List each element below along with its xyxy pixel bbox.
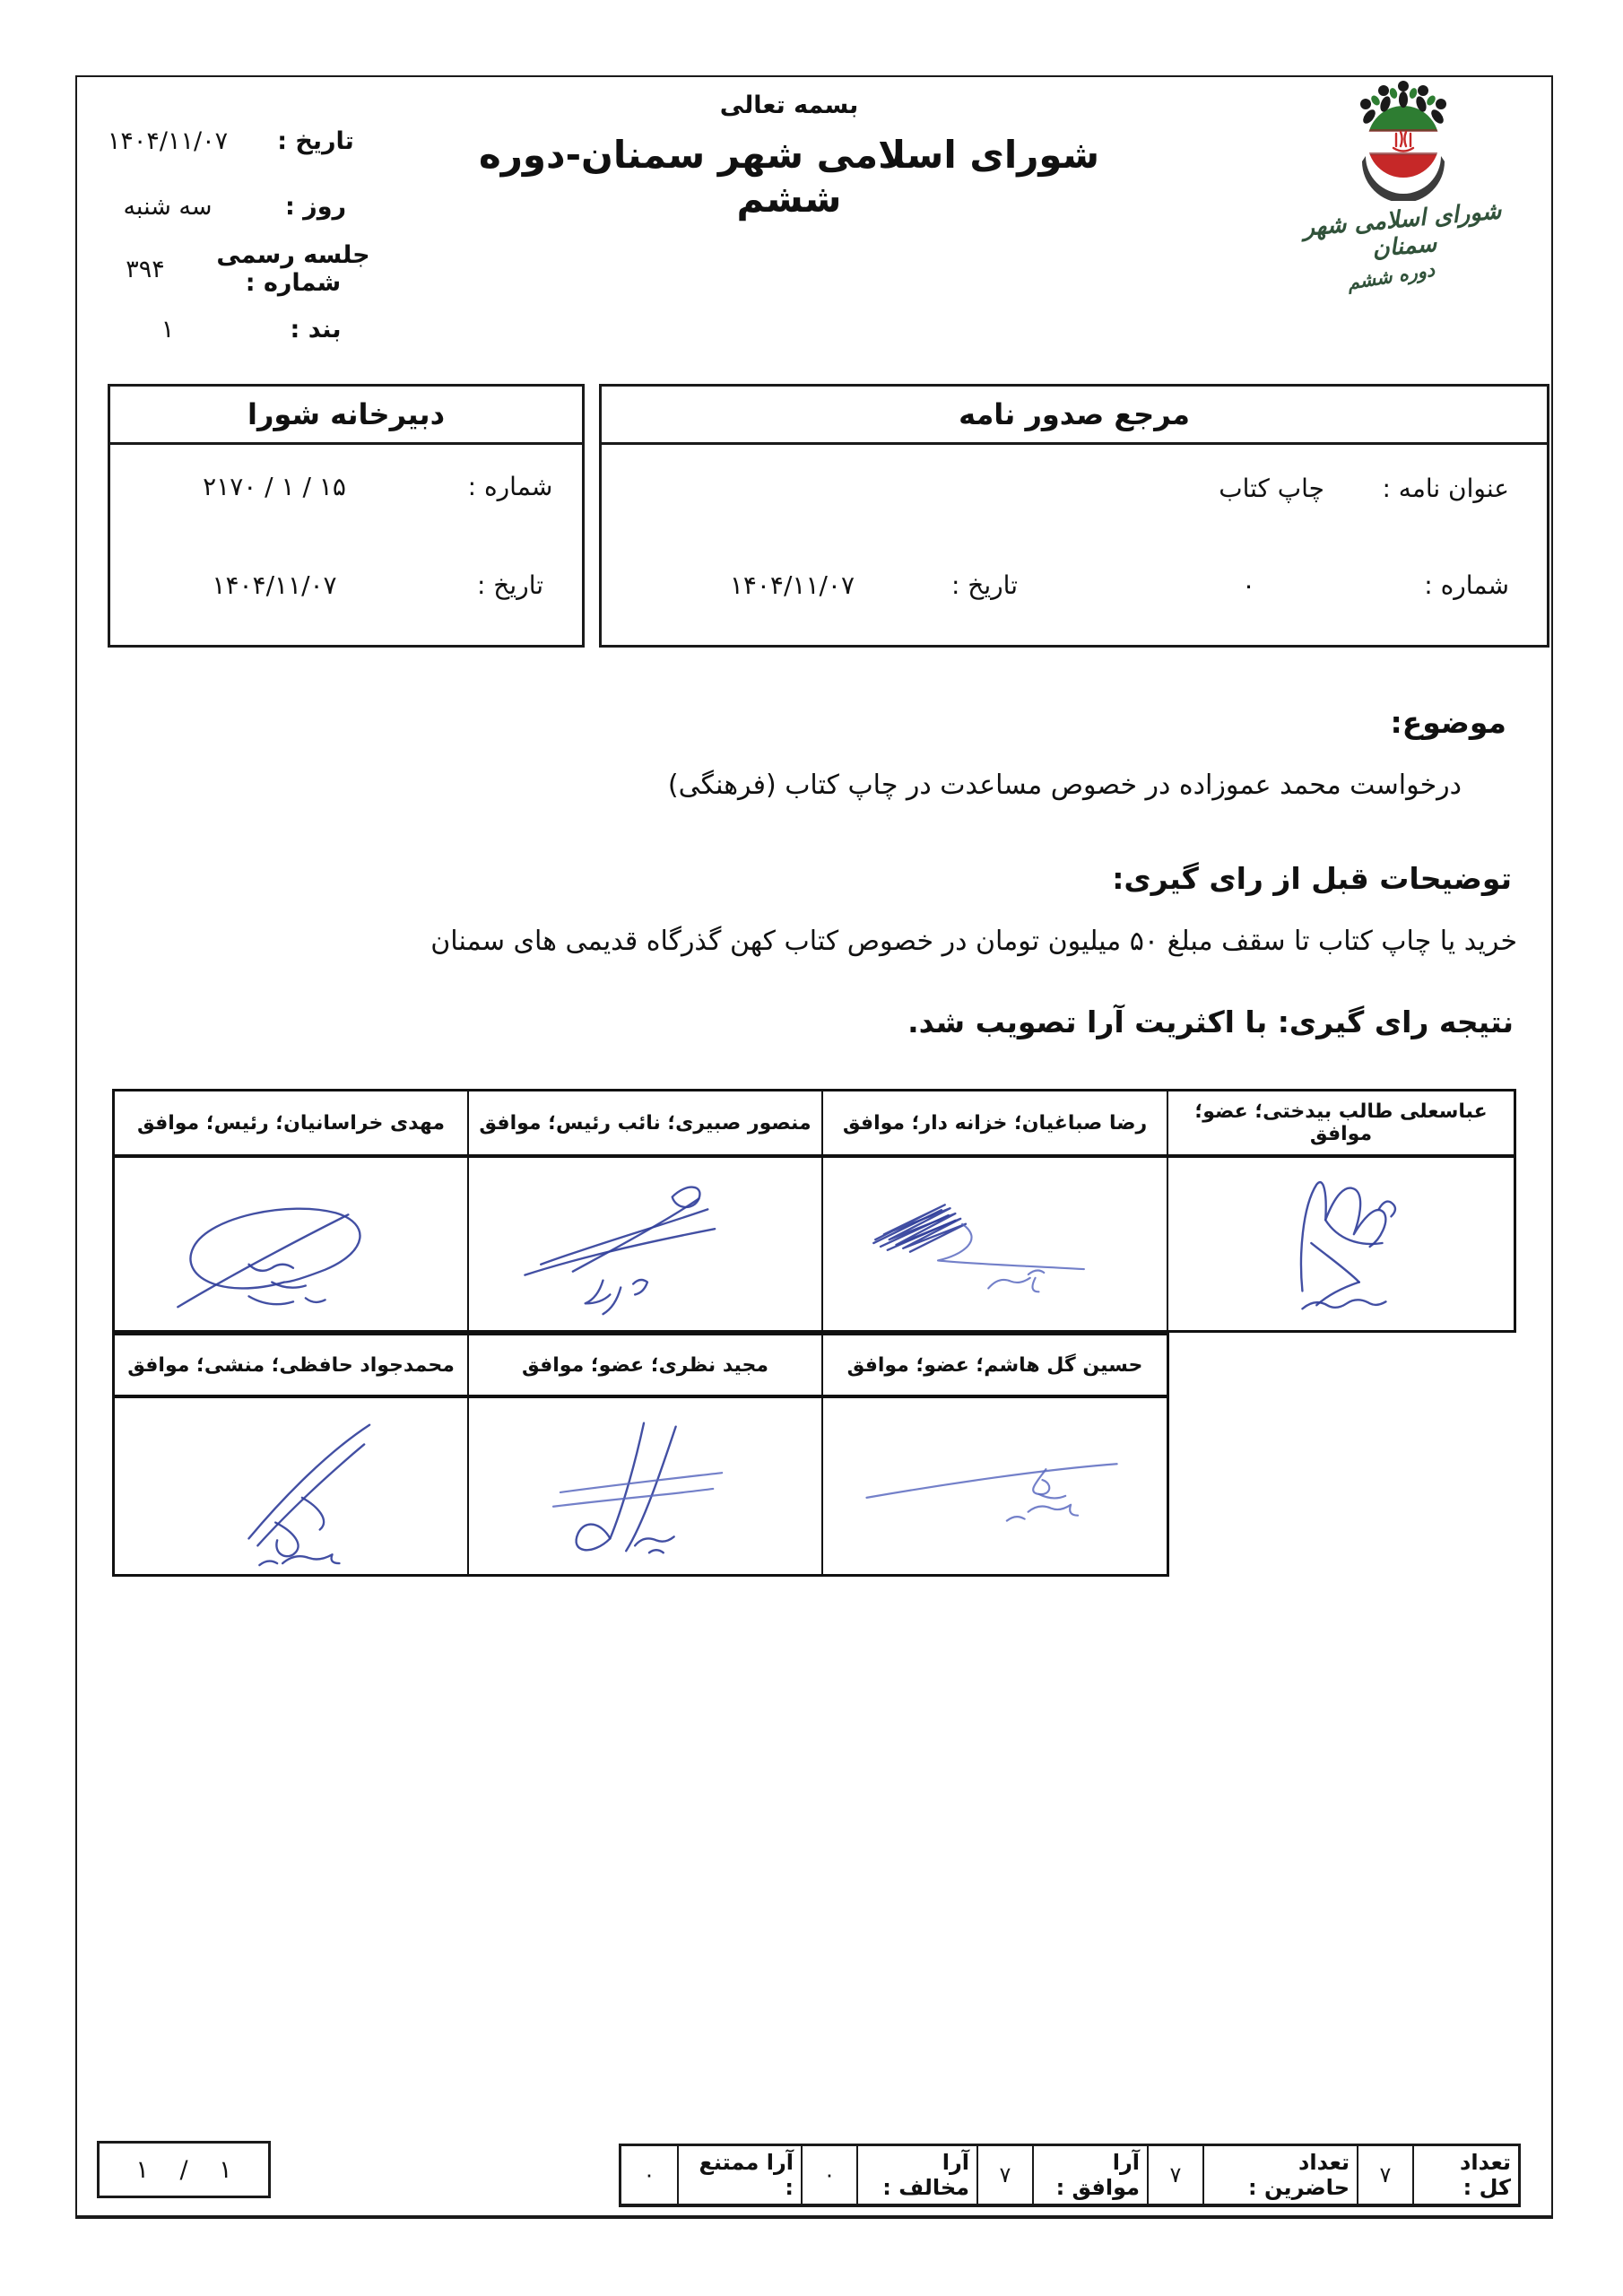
total-count-label: تعداد کل : bbox=[1412, 2146, 1518, 2204]
signature-cell bbox=[822, 1397, 1167, 1575]
clause-label: بند : bbox=[253, 316, 378, 344]
subject-heading: موضوع: bbox=[1391, 705, 1506, 740]
day-label: روز : bbox=[253, 193, 378, 221]
secretariat-date-row: تاریخ : ۱۴۰۴/۱۱/۰۷ bbox=[110, 570, 582, 600]
secretariat-date-value: ۱۴۰۴/۱۱/۰۷ bbox=[110, 570, 438, 600]
session-label: جلسه رسمی شماره : bbox=[208, 241, 378, 297]
signer-name: مهدی خراسانیان؛ رئیس؛ موافق bbox=[114, 1091, 468, 1157]
letter-subject-label: عنوان نامه : bbox=[1382, 474, 1509, 503]
signature-cell bbox=[1167, 1157, 1515, 1331]
secretariat-table: دبیرخانه شورا شماره : ۲۱۷۰ / ۱ / ۱۵ تاری… bbox=[108, 384, 585, 648]
signature-cell bbox=[114, 1397, 468, 1575]
signer-name: عباسعلی طالب بیدختی؛ عضو؛ موافق bbox=[1167, 1091, 1515, 1157]
votes-for-value: ۷ bbox=[976, 2146, 1032, 2204]
votes-for-label: آرا موافق : bbox=[1032, 2146, 1147, 2204]
signer-name: محمدجواد حافظی؛ منشی؛ موافق bbox=[114, 1335, 468, 1397]
clause-value: ۱ bbox=[82, 316, 253, 344]
votes-against-label: آرا مخالف : bbox=[856, 2146, 976, 2204]
vote-stats-bar: تعداد کل : ۷ تعداد حاضرین : ۷ آرا موافق … bbox=[619, 2144, 1521, 2207]
secretariat-number-value: ۲۱۷۰ / ۱ / ۱۵ bbox=[110, 472, 438, 501]
signature-khorasanian bbox=[115, 1158, 467, 1330]
signature-nazari bbox=[469, 1398, 821, 1574]
secretariat-number-label: شماره : bbox=[438, 472, 582, 501]
signature-table-bottom: حسین گل هاشم؛ عضو؛ موافق مجید نظری؛ عضو؛… bbox=[112, 1333, 1169, 1577]
page-number-box: ۱ / ۱ bbox=[97, 2141, 271, 2198]
secretariat-title: دبیرخانه شورا bbox=[110, 387, 582, 445]
document-page: تاریخ : ۱۴۰۴/۱۱/۰۷ روز : سه شنبه جلسه رس… bbox=[0, 0, 1623, 2296]
letter-number-value: ۰ bbox=[1242, 570, 1255, 600]
signature-cell bbox=[468, 1157, 822, 1331]
letter-subject-value: چاپ کتاب bbox=[1219, 474, 1324, 503]
signature-talebbidakhti bbox=[1168, 1158, 1514, 1330]
signer-name: رضا صباغیان؛ خزانه دار؛ موافق bbox=[822, 1091, 1167, 1157]
council-emblem-icon bbox=[1336, 77, 1471, 201]
signature-hafezi bbox=[115, 1398, 467, 1574]
meta-row-day: روز : سه شنبه bbox=[82, 189, 378, 223]
council-logo-block: شورای اسلامی شهر سمنان دوره ششم bbox=[1291, 77, 1515, 285]
signature-sabbaghian bbox=[823, 1158, 1167, 1330]
signer-name: منصور صبیری؛ نائب رئیس؛ موافق bbox=[468, 1091, 822, 1157]
day-value: سه شنبه bbox=[82, 193, 253, 221]
signature-table-top: عباسعلی طالب بیدختی؛ عضو؛ موافق رضا صباغ… bbox=[112, 1089, 1516, 1333]
letter-date-label: تاریخ : bbox=[951, 570, 1018, 600]
pre-vote-text: خرید یا چاپ کتاب تا سقف مبلغ ۵۰ میلیون ت… bbox=[430, 926, 1517, 957]
bismillah: بسمه تعالی bbox=[498, 91, 1081, 119]
abstentions-label: آرا ممتنع : bbox=[677, 2146, 801, 2204]
signature-cell bbox=[114, 1157, 468, 1331]
issuer-title: مرجع صدور نامه bbox=[602, 387, 1547, 445]
letter-number-label: شماره : bbox=[1424, 570, 1509, 600]
issuer-table: مرجع صدور نامه عنوان نامه : چاپ کتاب شما… bbox=[599, 384, 1549, 648]
meta-row-session: جلسه رسمی شماره : ۳۹۴ bbox=[82, 252, 378, 286]
meta-row-date: تاریخ : ۱۴۰۴/۱۱/۰۷ bbox=[82, 124, 378, 158]
votes-against-value: ۰ bbox=[801, 2146, 856, 2204]
signature-golhashem bbox=[823, 1398, 1167, 1574]
session-value: ۳۹۴ bbox=[82, 256, 208, 283]
signer-name: حسین گل هاشم؛ عضو؛ موافق bbox=[822, 1335, 1167, 1397]
date-value: ۱۴۰۴/۱۱/۰۷ bbox=[82, 127, 253, 155]
page-title: شورای اسلامی شهر سمنان-دوره ششم bbox=[457, 133, 1121, 221]
letter-date-value: ۱۴۰۴/۱۱/۰۷ bbox=[730, 570, 855, 600]
secretariat-date-label: تاریخ : bbox=[438, 570, 582, 600]
present-count-label: تعداد حاضرین : bbox=[1202, 2146, 1357, 2204]
signature-sabiri bbox=[469, 1158, 821, 1330]
subject-text: درخواست محمد عموزاده در خصوص مساعدت در چ… bbox=[668, 770, 1462, 801]
total-count-value: ۷ bbox=[1357, 2146, 1412, 2204]
meta-row-clause: بند : ۱ bbox=[82, 312, 378, 346]
signature-cell bbox=[468, 1397, 822, 1575]
vote-result-heading: نتیجه رای گیری: با اکثریت آرا تصویب شد. bbox=[907, 1004, 1514, 1039]
pre-vote-heading: توضیحات قبل از رای گیری: bbox=[1112, 861, 1512, 896]
secretariat-number-row: شماره : ۲۱۷۰ / ۱ / ۱۵ bbox=[110, 472, 582, 501]
signer-name: مجید نظری؛ عضو؛ موافق bbox=[468, 1335, 822, 1397]
present-count-value: ۷ bbox=[1147, 2146, 1202, 2204]
signature-cell bbox=[822, 1157, 1167, 1331]
date-label: تاریخ : bbox=[253, 127, 378, 155]
abstentions-value: ۰ bbox=[621, 2146, 677, 2204]
